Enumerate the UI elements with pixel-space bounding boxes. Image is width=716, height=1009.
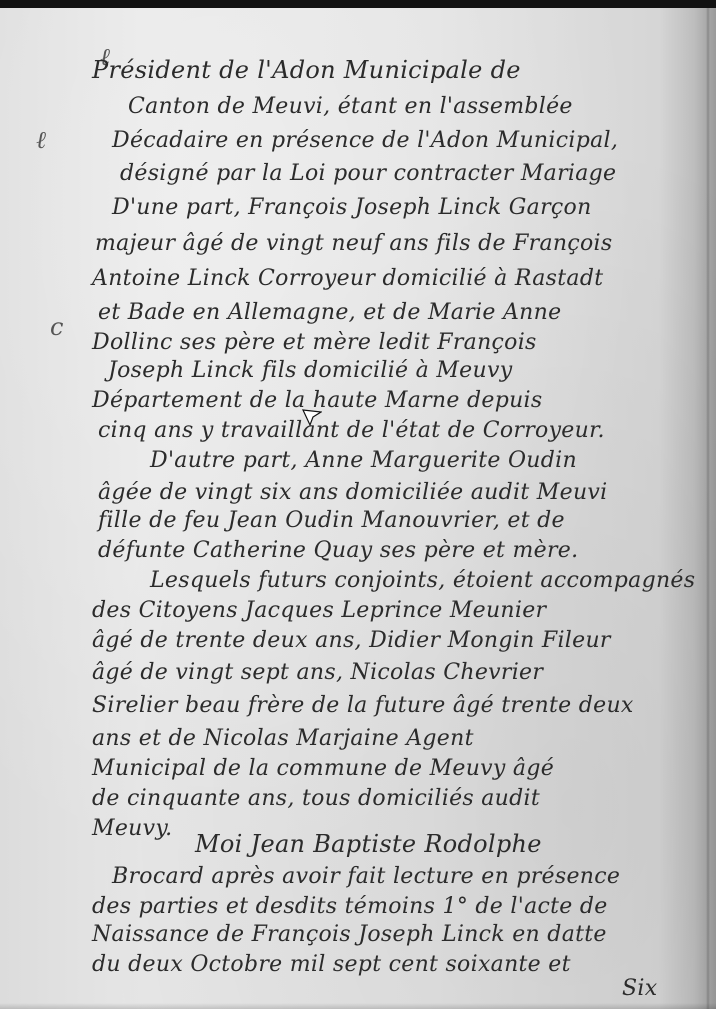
text-line-25: Meuvy. bbox=[92, 816, 172, 841]
text-line-19: âgé de trente deux ans, Didier Mongin Fi… bbox=[92, 628, 611, 653]
text-line-8: et Bade en Allemagne, et de Marie Anne bbox=[98, 300, 561, 325]
mouse-pointer-icon bbox=[302, 409, 322, 427]
text-line-21: Sirelier beau frère de la future âgé tre… bbox=[92, 693, 634, 718]
text-line-14: âgée de vingt six ans domiciliée audit M… bbox=[98, 480, 607, 505]
page-fold-shadow bbox=[706, 8, 710, 1009]
text-line-15: fille de feu Jean Oudin Manouvrier, et d… bbox=[98, 508, 565, 533]
text-line-24: de cinquante ans, tous domiciliés audit bbox=[92, 786, 540, 811]
scan-top-border bbox=[0, 0, 716, 8]
text-line-18: des Citoyens Jacques Leprince Meunier bbox=[92, 598, 546, 623]
text-line-6: majeur âgé de vingt neuf ans fils de Fra… bbox=[95, 231, 612, 256]
text-line-31: Six bbox=[622, 976, 657, 1001]
text-line-1: Président de l'Adon Municipale de bbox=[92, 56, 521, 84]
text-line-7: Antoine Linck Corroyeur domicilié à Rast… bbox=[92, 266, 603, 291]
text-line-29: Naissance de François Joseph Linck en da… bbox=[92, 922, 607, 947]
text-line-27: Brocard après avoir fait lecture en prés… bbox=[112, 864, 620, 889]
text-line-16: défunte Catherine Quay ses père et mère. bbox=[98, 538, 578, 563]
text-line-12: cinq ans y travaillant de l'état de Corr… bbox=[98, 418, 605, 443]
page-bottom-edge bbox=[0, 1003, 716, 1009]
text-line-10: Joseph Linck fils domicilié à Meuvy bbox=[108, 358, 512, 383]
text-line-3: Décadaire en présence de l'Adon Municipa… bbox=[112, 128, 618, 153]
text-line-4: désigné par la Loi pour contracter Maria… bbox=[120, 161, 616, 186]
text-line-2: Canton de Meuvi, étant en l'assemblée bbox=[128, 94, 573, 119]
margin-flourish: ℓ bbox=[36, 126, 46, 155]
text-line-20: âgé de vingt sept ans, Nicolas Chevrier bbox=[92, 660, 543, 685]
text-line-13: D'autre part, Anne Marguerite Oudin bbox=[150, 448, 577, 473]
document-page: ℓ ℓ c Président de l'Adon Municipale de … bbox=[0, 8, 716, 1009]
text-line-5: D'une part, François Joseph Linck Garçon bbox=[112, 195, 592, 220]
text-line-28: des parties et desdits témoins 1° de l'a… bbox=[92, 894, 608, 919]
text-line-9: Dollinc ses père et mère ledit François bbox=[92, 330, 537, 355]
margin-flourish: c bbox=[50, 313, 63, 341]
text-line-23: Municipal de la commune de Meuvy âgé bbox=[92, 756, 554, 781]
text-line-30: du deux Octobre mil sept cent soixante e… bbox=[92, 952, 571, 977]
text-line-22: ans et de Nicolas Marjaine Agent bbox=[92, 726, 474, 751]
text-line-17: Lesquels futurs conjoints, étoient accom… bbox=[150, 568, 695, 593]
text-line-26: Moi Jean Baptiste Rodolphe bbox=[195, 830, 542, 858]
